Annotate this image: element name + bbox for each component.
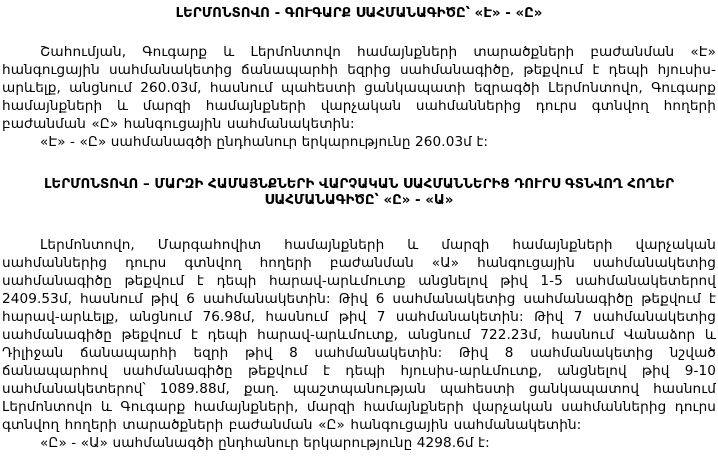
section-1-paragraph: Շահումյան, Գուգարք և Լերմոնտովո համայնքն…	[2, 43, 716, 133]
section-2-summary: «Ը» - «Ա» սահմանագծի ընդհանուր երկարությ…	[2, 434, 716, 452]
section-1-summary: «Է» - «Ը» սահմանագծի ընդհանուր երկարությ…	[2, 133, 716, 151]
section-2-heading: ԼԵՐՄՈՆՏՈՎՈ – ՄԱՐԶԻ ՀԱՄԱՅՆՔՆԵՐԻ ՎԱՐՉԱԿԱՆ …	[2, 177, 716, 209]
document-page: ԼԵՐՄՈՆՏՈՎՈ - ԳՈՒԳԱՐՔ ՍԱՀՄԱՆԱԳԻԾԸ՝ «Է» - …	[0, 0, 718, 465]
section-1-heading: ԼԵՐՄՈՆՏՈՎՈ - ԳՈՒԳԱՐՔ ՍԱՀՄԱՆԱԳԻԾԸ՝ «Է» - …	[2, 6, 716, 22]
section-2-paragraph: Լերմոնտովո, Մարգահովիտ համայնքների և մար…	[2, 236, 716, 434]
